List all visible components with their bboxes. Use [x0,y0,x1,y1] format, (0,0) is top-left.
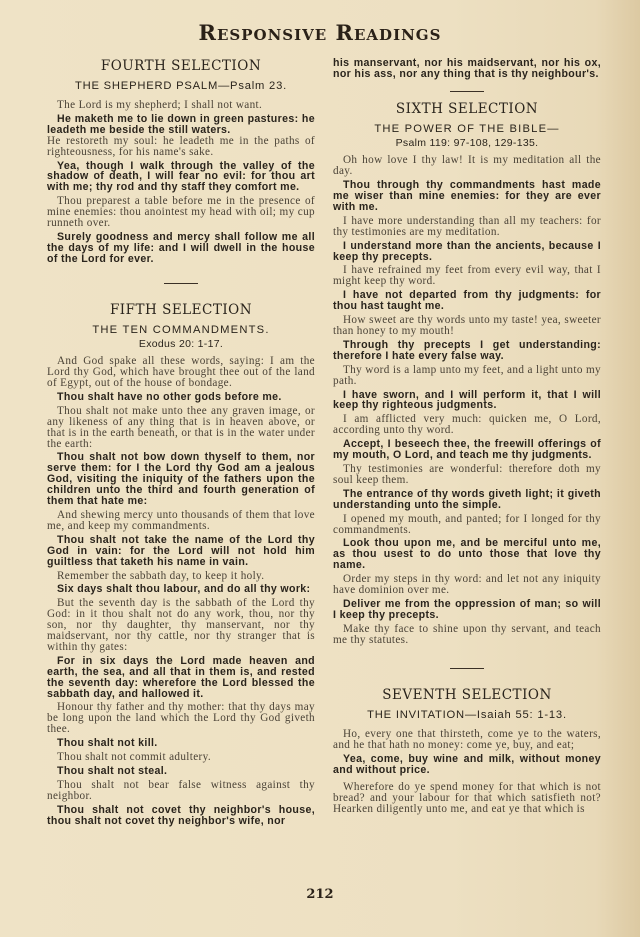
selection-title: FIFTH SELECTION [47,302,315,318]
verse: Remember the sabbath day, to keep it hol… [47,571,315,582]
verse: Yea, though I walk through the valley of… [47,161,315,194]
verse: Ho, every one that thirsteth, come ye to… [333,729,601,751]
section-divider [450,91,484,93]
verse: I have refrained my feet from every evil… [333,265,601,287]
selection-subtitle: THE POWER OF THE BIBLE— [333,123,601,135]
section-divider [164,283,198,285]
selection-title: SIXTH SELECTION [333,101,601,117]
verse: But the seventh day is the sabbath of th… [47,598,315,653]
verse: I have sworn, and I will perform it, tha… [333,390,601,412]
fifth-selection: FIFTH SELECTION THE TEN COMMANDMENTS. Ex… [47,302,315,826]
selection-title: SEVENTH SELECTION [333,687,601,703]
verse: Thou shalt have no other gods before me. [47,392,315,403]
selection-subtitle: THE SHEPHERD PSALM—Psalm 23. [47,80,315,92]
verse: Thou shalt not commit adultery. [47,752,315,763]
selection-subtitle: THE TEN COMMANDMENTS. [47,324,315,336]
selection-subtitle: THE INVITATION—Isaiah 55: 1-13. [333,709,601,721]
left-column: FOURTH SELECTION THE SHEPHERD PSALM—Psal… [47,58,315,830]
section-divider [450,668,484,670]
verse: Thou shalt not steal. [47,766,315,777]
verse: Wherefore do ye spend money for that whi… [333,782,601,815]
selection-title: FOURTH SELECTION [47,58,315,74]
verse: Accept, I beseech thee, the freewill off… [333,439,601,461]
right-column: his manservant, nor his maidservant, nor… [333,58,601,817]
verse-continued: his manservant, nor his maidservant, nor… [333,58,601,80]
verse: The entrance of thy words giveth light; … [333,489,601,511]
selection-reference: Exodus 20: 1-17. [47,338,315,350]
verse: Thou shalt not make unto thee any graven… [47,406,315,450]
verse: Yea, come, buy wine and milk, without mo… [333,754,601,776]
verse: The Lord is my shepherd; I shall not wan… [47,100,315,111]
verse: Six days shalt thou labour, and do all t… [47,584,315,595]
verse: Surely goodness and mercy shall follow m… [47,232,315,265]
selection-reference: Psalm 119: 97-108, 129-135. [333,137,601,149]
verse: I am afflicted very much: quicken me, O … [333,414,601,436]
verse: Thy testimonies are wonderful: therefore… [333,464,601,486]
verse: And shewing mercy unto thousands of them… [47,510,315,532]
verse: I have more understanding than all my te… [333,216,601,238]
verse: For in six days the Lord made heaven and… [47,656,315,700]
verse: Order my steps in thy word: and let not … [333,574,601,596]
seventh-selection: SEVENTH SELECTION THE INVITATION—Isaiah … [333,687,601,814]
sixth-selection: SIXTH SELECTION THE POWER OF THE BIBLE— … [333,101,601,645]
verse: Make thy face to shine upon thy servant,… [333,624,601,646]
verse: Thou shalt not take the name of the Lord… [47,535,315,568]
page-title: Responsive Readings [0,20,640,45]
verse: I understand more than the ancients, bec… [333,241,601,263]
verse: Thou through thy commandments hast made … [333,180,601,213]
verse: How sweet are thy words unto my taste! y… [333,315,601,337]
verse: Thou preparest a table before me in the … [47,196,315,229]
verse: Thou shalt not covet thy neighbor's hous… [47,805,315,827]
verse: I have not departed from thy judgments: … [333,290,601,312]
verse: I opened my mouth, and panted; for I lon… [333,514,601,536]
verse: Thy word is a lamp unto my feet, and a l… [333,365,601,387]
verse: Oh how love I thy law! It is my meditati… [333,155,601,177]
verse: Thou shalt not bow down thyself to them,… [47,452,315,507]
verse: Thou shalt not kill. [47,738,315,749]
fourth-selection: FOURTH SELECTION THE SHEPHERD PSALM—Psal… [47,58,315,265]
verse: Honour thy father and thy mother: that t… [47,702,315,735]
verse: He restoreth my soul: he leadeth me in t… [47,136,315,158]
verse: Look thou upon me, and be merciful unto … [333,538,601,571]
verse: Thou shalt not bear false witness agains… [47,780,315,802]
page-number: 212 [0,887,640,902]
verse: Through thy precepts I get understanding… [333,340,601,362]
verse: He maketh me to lie down in green pastur… [47,114,315,136]
verse: Deliver me from the oppression of man; s… [333,599,601,621]
verse: And God spake all these words, saying: I… [47,356,315,389]
